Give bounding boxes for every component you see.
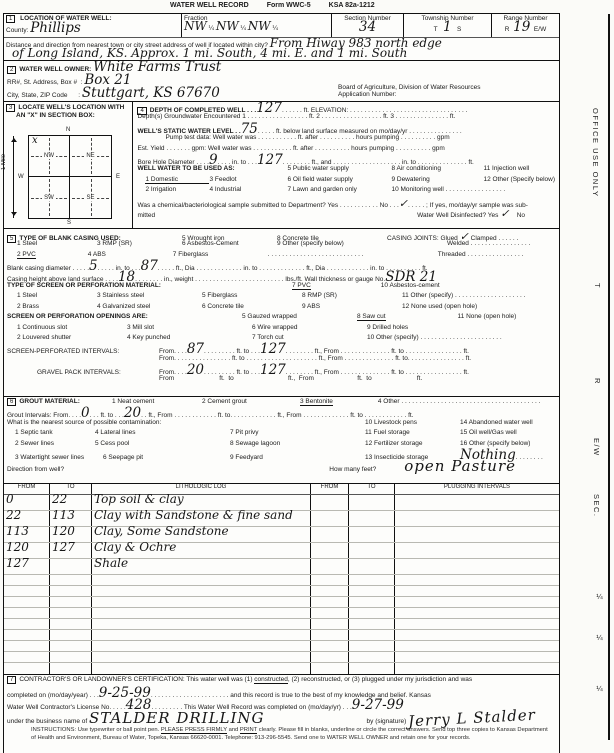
section-1-location: 1 LOCATION OF WATER WELL: County: Philli… — [4, 14, 559, 60]
contam-option-16: 16 Other (specify below) — [460, 440, 530, 447]
county-cell: 1 LOCATION OF WATER WELL: County: Philli… — [4, 14, 182, 37]
interval-empty-line-2: From ft. to ft., From ft. to ft. — [159, 375, 422, 382]
range-r: R — [505, 26, 510, 33]
use-option-11: 11 Injection well — [483, 165, 529, 172]
log-empty-row — [4, 652, 559, 663]
disinfected-label: Water Well Disinfected? Yes — [417, 212, 498, 219]
static-level-value: 75 — [241, 124, 258, 135]
log-empty-row — [4, 630, 559, 641]
use-option-6: 6 Oil field water supply — [287, 176, 391, 183]
use-option-7: 7 Lawn and garden only — [287, 186, 391, 193]
casing-option-3: 3 RMP (SR) — [97, 240, 182, 247]
log-from: 127 — [4, 559, 50, 574]
section-2-owner: 2 WATER WELL OWNER: White Farms Trust RR… — [4, 60, 559, 101]
gauge-value: SDR 21 — [385, 272, 437, 283]
log-header-from-2: FROM — [311, 484, 349, 494]
constructed-underlined: constructed — [254, 676, 288, 684]
instructions-press-firmly: PLEASE PRESS FIRMLY — [161, 727, 227, 734]
use-option-10: 10 Monitoring well . . . . . . . . . . .… — [391, 186, 505, 193]
sample-line-a: Was a chemical/bacteriological sample su… — [137, 202, 398, 209]
opening-option-11: 11 None (open hole) — [458, 313, 517, 320]
how-many-feet-label: How many feet? — [329, 466, 404, 473]
grout-option-2: 2 Cement grout — [202, 398, 300, 405]
section-7-certification: 7 CONTRACTOR'S OR LANDOWNER'S CERTIFICAT… — [4, 674, 559, 753]
record-date-value: 9-27-99 — [352, 700, 404, 711]
opening-option-6: 6 Wire wrapped — [252, 324, 367, 331]
disinfected-no-label: No — [517, 212, 525, 219]
section-1-number: 1 — [6, 15, 15, 23]
log-empty-row — [4, 597, 559, 608]
interval-empty-line-1: From. . . . . . . . . . . . . . . . ft. … — [159, 355, 471, 362]
gpi-to-value: 127 — [260, 365, 286, 376]
margin-r-label: R — [593, 378, 602, 385]
grout-option-4: 4 Other . . . . . . . . . . . . . . . . … — [378, 398, 541, 405]
opening-option-4: 4 Key punched — [127, 334, 252, 341]
contamination-label: What is the nearest source of possible c… — [7, 419, 365, 426]
instructions-block: INSTRUCTIONS: Use typewriter or ball poi… — [31, 727, 556, 743]
section-6-grout: 6GROUT MATERIAL: 1 Neat cement 2 Cement … — [4, 396, 559, 483]
threaded-label: Threaded . . . . . . . . . . . . . . . . — [438, 251, 524, 258]
spi-to-value: 127 — [260, 344, 286, 355]
quarter-glyph-1: ¼ — [209, 25, 214, 32]
instructions-1e: clearly. Please fill in blanks, underlin… — [257, 727, 548, 733]
instructions-print: PRINT — [240, 727, 257, 734]
bore-depth-value: 127 — [257, 155, 283, 166]
sample-line-c: mitted — [137, 212, 155, 219]
casing-option-7: 7 Fiberglass — [173, 251, 268, 258]
grout-option-3-selected: 3 Bentonite — [300, 398, 333, 406]
grout-to-value: 20 — [124, 408, 141, 419]
distance-value-2: of Long Island, KS. Approx. 1 mi. South,… — [12, 46, 407, 60]
log-row-2: 22 113 Clay with Sandstone & fine sand — [4, 511, 559, 527]
log-header-plugging: PLUGGING INTERVALS — [395, 484, 559, 494]
log-row-3: 113 120 Clay, Some Sandstone — [4, 527, 559, 543]
use-option-1-selected: 1 Domestic — [145, 176, 209, 184]
gravel-intervals-label: GRAVEL PACK INTERVALS: — [37, 369, 159, 376]
blank-diameter-value: 5 — [89, 261, 98, 272]
log-header-to-2: TO — [349, 484, 395, 494]
screen-option-12: 12 None used (open hole) — [402, 303, 477, 310]
form-number: Form WWC-5 — [267, 2, 311, 9]
pump-test-line: Pump test data: Well water was . . . . .… — [165, 134, 449, 141]
compass-s-label: S — [67, 220, 71, 226]
spi-from-value: 87 — [187, 344, 204, 355]
water-well-record-form: 1 LOCATION OF WATER WELL: County: Philli… — [3, 13, 560, 753]
log-description: Shale — [92, 559, 311, 574]
use-option-5: 5 Public water supply — [287, 165, 391, 172]
contam-option-15: 15 Oil well/Gas well — [460, 429, 517, 436]
screen-option-6: 6 Concrete tile — [202, 303, 302, 310]
casing-option-6: 6 Asbestos-Cement — [182, 240, 277, 247]
contam-option-4: 4 Lateral lines — [95, 429, 230, 436]
signature-label: by (signature) — [367, 718, 407, 725]
business-name-label: under the business name of — [7, 718, 87, 725]
instructions-1a: INSTRUCTIONS: Use typewriter or ball poi… — [31, 727, 161, 733]
screen-option-2: 2 Brass — [17, 303, 97, 310]
depth-value: 127 — [256, 103, 282, 114]
margin-quarter-2: ¼ — [595, 633, 604, 644]
sample-line-b: . . . . . ; If yes, mo/day/yr sample was… — [408, 202, 528, 209]
township-s: S — [457, 26, 461, 33]
margin-quarter-3: ¼ — [595, 684, 604, 695]
screen-option-7-selected: 7 PVC — [292, 282, 311, 290]
screen-intervals-label: SCREEN-PERFORATED INTERVALS: — [7, 348, 159, 355]
opening-option-2: 2 Louvered shutter — [17, 334, 127, 341]
blank-diameter-label: Blank casing diameter . . . . . — [7, 265, 89, 272]
opening-option-7: 7 Torch cut — [252, 334, 367, 341]
casing-option-1: 1 Steel — [17, 240, 97, 247]
township-cell: Township Number T 1 S — [404, 14, 492, 37]
direction-from-well-label: Direction from well? — [7, 466, 64, 473]
business-name-value: STALDER DRILLING — [89, 712, 265, 724]
quadrant-se: SE — [70, 177, 111, 218]
log-empty-row — [4, 575, 559, 586]
gpi-from-value: 20 — [187, 365, 204, 376]
casing-option-4: 4 ABS — [88, 251, 173, 258]
owner-block: 2 WATER WELL OWNER: White Farms Trust RR… — [7, 62, 338, 100]
form-statute: KSA 82a-1212 — [329, 2, 375, 9]
township-t: T — [434, 26, 438, 33]
grout-title: GROUT MATERIAL: — [19, 398, 80, 405]
quadrant-ne-label: NE — [84, 153, 96, 159]
completed-on-label: completed on (mo/day/year) . . . — [7, 692, 99, 699]
blank-diameter-depth: 87 — [141, 261, 158, 272]
section-3-number: 3 — [6, 104, 15, 112]
instructions-1c: and — [227, 727, 240, 733]
compass-n-label: N — [66, 127, 70, 133]
well-x-mark: x — [32, 137, 38, 145]
use-option-8: 8 Air conditioning — [391, 165, 483, 172]
log-empty-row — [4, 586, 559, 597]
log-empty-row — [4, 619, 559, 630]
use-title: WELL WATER TO BE USED AS: — [137, 165, 287, 172]
contam-option-9: 9 Feedyard — [230, 454, 365, 461]
log-empty-row — [4, 641, 559, 652]
screen-option-10: 10 Asbestos-cement — [381, 282, 440, 289]
office-use-only-label: OFFICE USE ONLY — [591, 108, 600, 197]
margin-sec-label: SEC. — [592, 494, 601, 518]
range-value: 19 — [513, 19, 530, 35]
openings-title: SCREEN OR PERFORATION OPENINGS ARE: — [7, 313, 242, 320]
section-number-cell: Section Number 34 — [332, 14, 404, 37]
quadrant-nw: x NW — [29, 136, 70, 177]
use-option-4: 4 Industrial — [209, 186, 287, 193]
contam-option-11: 11 Fuel storage — [365, 429, 460, 436]
disinfected-checkmark-icon: ✓ — [500, 207, 509, 220]
screen-option-1: 1 Steel — [17, 292, 97, 299]
casing-option-9: 9 Other (specify below) — [277, 240, 387, 247]
township-value: 1 — [443, 19, 452, 35]
contam-option-7: 7 Pit privy — [230, 429, 365, 436]
section-6-number: 6 — [7, 398, 16, 406]
section-box-diagram: x NW NE SW SE — [28, 135, 112, 219]
lithologic-log-table: FROM TO LITHOLOGIC LOG FROM TO PLUGGING … — [4, 483, 559, 674]
screen-option-9: 9 ABS — [302, 303, 402, 310]
use-option-2: 2 Irrigation — [145, 186, 209, 193]
quadrant-sw: SW — [29, 177, 70, 218]
compass-e-label: E — [116, 174, 120, 180]
casing-other-dots: . . . . . . . . . . . . . . . . . . . . … — [268, 251, 378, 258]
contam-option-2: 2 Sewer lines — [15, 440, 95, 447]
margin-ew-label: E/W — [592, 438, 601, 457]
section-7-number: 7 — [7, 676, 16, 684]
section-4-well-data: 4 DEPTH OF COMPLETED WELL . . . 127 . . … — [133, 102, 559, 228]
section-5-number: 5 — [7, 235, 16, 243]
margin-t-label: T — [593, 283, 602, 289]
log-to: 127 — [50, 543, 92, 558]
opening-option-10: 10 Other (specify) . . . . . . . . . . .… — [367, 334, 502, 341]
quarter-glyph-2: ¼ — [241, 25, 246, 32]
screen-option-4: 4 Galvanized steel — [97, 303, 202, 310]
distance-row: Distance and direction from nearest town… — [4, 37, 559, 60]
contam-option-8: 8 Sewage lagoon — [230, 440, 365, 447]
bore-diameter-value: 9 — [209, 155, 218, 166]
section-2-number: 2 — [7, 66, 16, 74]
log-empty-row — [4, 608, 559, 619]
log-row-5: 127 Shale — [4, 559, 559, 575]
section-3-title-2: AN "X" IN SECTION BOX: — [16, 112, 95, 119]
margin-quarter-1: ¼ — [595, 592, 604, 603]
board-label: Board of Agriculture, Division of Water … — [338, 84, 556, 91]
sample-checkmark-icon: ✓ — [399, 197, 408, 210]
contamination-dots: . . . . . . . . — [516, 454, 543, 461]
use-option-3: 3 Feedlot — [209, 176, 287, 183]
scan-edge-line — [608, 14, 610, 740]
welded-label: Welded . . . . . . . . . . . . . . . . . — [447, 240, 530, 247]
section-3-location-box: 3LOCATE WELL'S LOCATION WITH AN "X" IN S… — [4, 102, 133, 228]
county-value: Phillips — [30, 20, 81, 36]
casing-height-value: 18 — [118, 272, 135, 283]
fraction-value-1: NW — [184, 19, 207, 33]
opening-option-9: 9 Drilled holes — [367, 324, 408, 331]
contam-option-3: 3 Watertight sewer lines — [15, 454, 103, 461]
form-header: WATER WELL RECORD Form WWC-5 KSA 82a-121… — [170, 2, 375, 9]
use-option-9: 9 Dewatering — [391, 176, 483, 183]
city-value: Stuttgart, KS 67670 — [82, 88, 220, 99]
screen-material-title: TYPE OF SCREEN OR PERFORATION MATERIAL: — [7, 282, 292, 289]
address-label: RR#, St. Address, Box # : — [7, 79, 83, 86]
use-option-12: 12 Other (Specify below) — [483, 176, 555, 183]
range-cell: Range Number R 19 E/W — [492, 14, 559, 37]
grout-from-value: 0 — [81, 408, 90, 419]
quadrant-se-label: SE — [84, 195, 96, 201]
section-number-value: 34 — [359, 19, 376, 35]
log-to — [50, 559, 92, 574]
one-mile-arrow — [13, 136, 14, 218]
county-label: County: — [6, 27, 28, 34]
form-title: WATER WELL RECORD — [170, 2, 249, 9]
groundwater-line: Depth(s) Groundwater Encountered 1 . . .… — [137, 113, 455, 120]
contam-option-10: 10 Livestock pens — [365, 419, 460, 426]
opening-option-8-selected: 8 Saw cut — [357, 313, 386, 321]
fraction-value-3: NW — [248, 19, 271, 33]
log-header-row: FROM TO LITHOLOGIC LOG FROM TO PLUGGING … — [4, 484, 559, 495]
one-mile-label: 1 Mile — [1, 154, 7, 170]
compass-w-label: W — [18, 174, 24, 180]
opening-option-5: 5 Gauzed wrapped — [242, 313, 357, 320]
screen-option-11: 11 Other (specify) . . . . . . . . . . .… — [402, 292, 525, 299]
est-yield-line: Est. Yield . . . . . . . gpm: Well water… — [137, 145, 444, 152]
certification-line-1c: , (2) reconstructed, or (3) plugged unde… — [288, 676, 472, 683]
signature-value: Jerry L Stalder — [408, 709, 536, 728]
casing-option-2-selected: 2 PVC — [17, 251, 36, 259]
owner-title: WATER WELL OWNER: — [19, 66, 91, 73]
agency-block: Board of Agriculture, Division of Water … — [338, 62, 556, 100]
quadrant-nw-label: NW — [42, 153, 56, 159]
quarter-glyph-3: ¼ — [272, 25, 277, 32]
quadrant-ne: NE — [70, 136, 111, 177]
city-label: City, State, ZIP Code : — [7, 92, 80, 99]
screen-option-8: 8 RMP (SR) — [302, 292, 402, 299]
screen-option-3: 3 Stainless steel — [97, 292, 202, 299]
contam-option-12: 12 Fertilizer storage — [365, 440, 460, 447]
instructions-2: of Health and Environment, Bureau of Wat… — [31, 735, 471, 741]
screen-option-5: 5 Fiberglass — [202, 292, 302, 299]
grout-option-1: 1 Neat cement — [112, 398, 202, 405]
opening-option-3: 3 Mill slot — [127, 324, 252, 331]
contam-option-5: 5 Cess pool — [95, 440, 230, 447]
section-5-casing: 5TYPE OF BLANK CASING USED: 5 Wrought ir… — [4, 228, 559, 396]
fraction-cell: Fraction NW ¼ NW ¼ NW ¼ — [182, 14, 332, 37]
section-3-title-1: LOCATE WELL'S LOCATION WITH — [18, 104, 124, 111]
section-3-4-row: 3LOCATE WELL'S LOCATION WITH AN "X" IN S… — [4, 101, 559, 228]
contam-option-1: 1 Septic tank — [15, 429, 95, 436]
log-row-4: 120 127 Clay & Ochre — [4, 543, 559, 559]
distance-feet-value: open Pasture — [404, 460, 516, 472]
water-well-record-scan: { "page": { "title": "WATER WELL RECORD"… — [0, 0, 614, 753]
opening-option-1: 1 Continuous slot — [17, 324, 127, 331]
contam-option-6: 6 Seepage pit — [103, 454, 230, 461]
certification-line-1a: CONTRACTOR'S OR LANDOWNER'S CERTIFICATIO… — [19, 676, 252, 683]
quadrant-sw-label: SW — [42, 195, 56, 201]
application-number-label: Application Number: — [338, 91, 556, 98]
range-ew: E/W — [534, 26, 546, 33]
fraction-value-2: NW — [216, 19, 239, 33]
log-empty-row — [4, 663, 559, 674]
contam-option-14: 14 Abandoned water well — [460, 419, 533, 426]
